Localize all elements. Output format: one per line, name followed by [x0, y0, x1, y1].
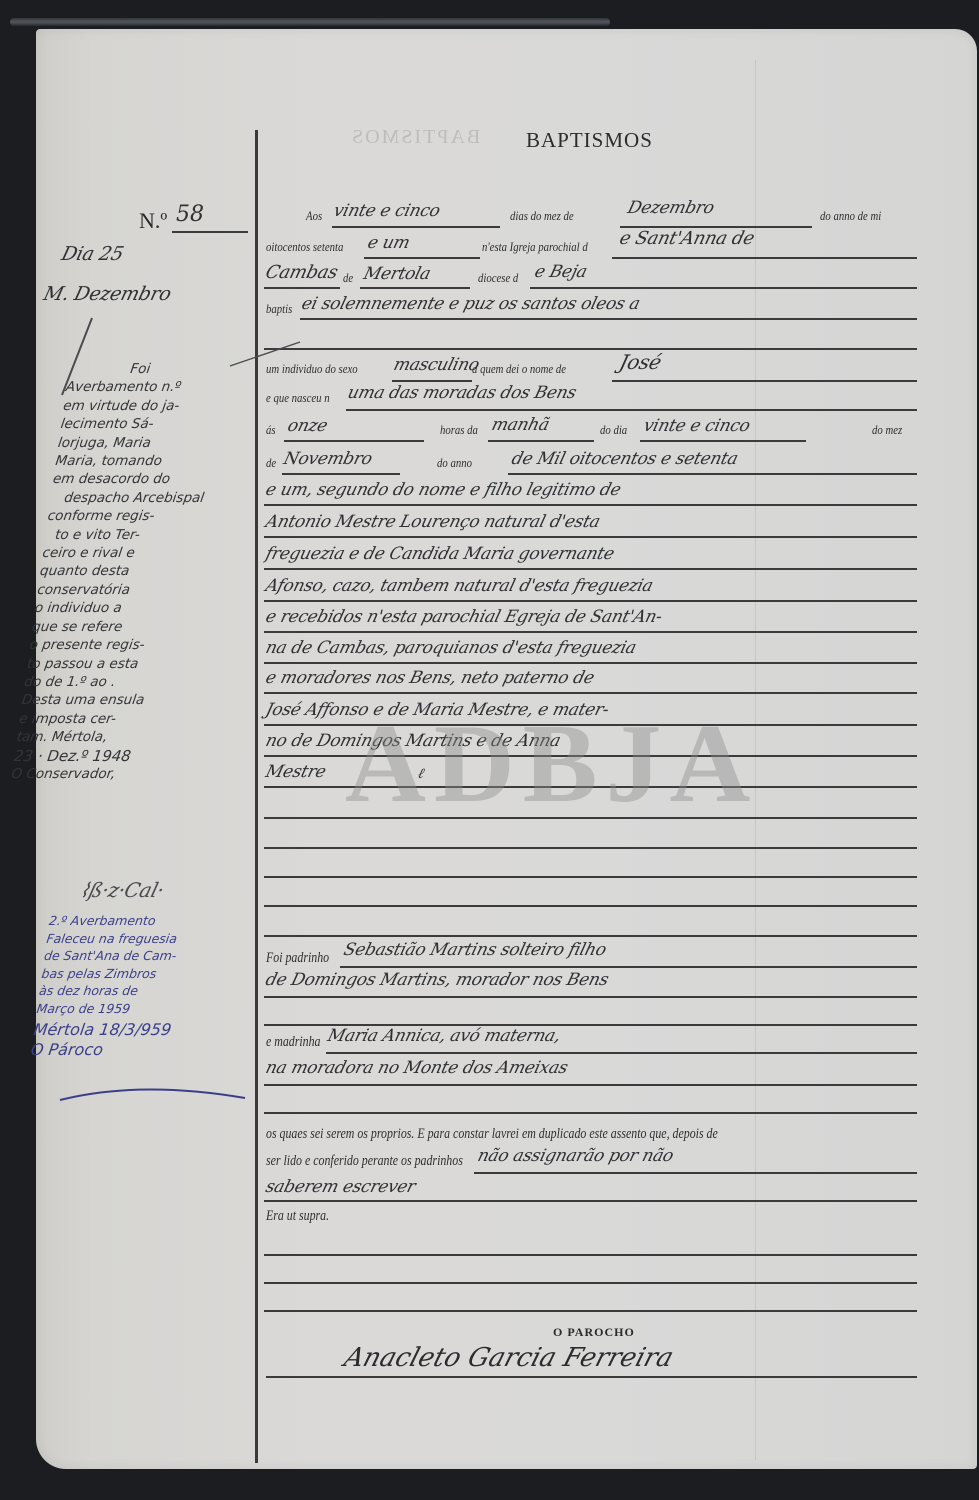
- hand-birth-hour: onze: [286, 416, 330, 436]
- blank-rule: [264, 876, 917, 878]
- print-dias-do-mez: dias do mez de: [510, 209, 574, 224]
- underline: [332, 226, 500, 228]
- underline: [264, 600, 917, 602]
- underline: [364, 257, 480, 259]
- print-do-anno: do anno de mi: [820, 209, 881, 224]
- underline: [264, 287, 340, 289]
- underline: [264, 1084, 917, 1086]
- blank-rule: [264, 935, 917, 937]
- hand-year-suffix: e um: [366, 233, 412, 253]
- hand-body-line: na de Cambas, paroquianos d'esta freguez…: [264, 638, 639, 658]
- underline: [300, 318, 917, 320]
- underline: [488, 440, 594, 442]
- blank-rule: [264, 905, 917, 907]
- hand-godfather-line1: Sebastião Martins solteiro filho: [342, 940, 609, 960]
- parish-priest-signature: Anacleto Garcia Ferreira: [341, 1343, 677, 1373]
- margin-divider-line: [255, 130, 258, 1463]
- print-igreja-parochial: n'esta Igreja parochial d: [482, 240, 588, 255]
- hand-body-line: Antonio Mestre Lourenço natural d'esta: [264, 512, 603, 532]
- hand-birth-year: de Mil oitocentos e setenta: [510, 449, 740, 469]
- print-nasceu: e que nasceu n: [266, 391, 330, 406]
- bleed-through-title: BAPTISMOS: [350, 126, 480, 149]
- hand-diocese: e Beja: [533, 262, 590, 282]
- hand-godfather-line2: de Domingos Martins, morador nos Bens: [264, 970, 611, 990]
- print-do-anno-birth: do anno: [437, 456, 472, 471]
- underline: [474, 1172, 917, 1174]
- blank-rule: [264, 1282, 917, 1284]
- hand-body-line: Afonso, cazo, tambem natural d'esta freg…: [264, 576, 656, 596]
- underline: [264, 504, 917, 506]
- underline: [360, 287, 470, 289]
- underline: [264, 536, 917, 538]
- margin-month-note: M. Dezembro: [41, 283, 173, 305]
- blank-rule: [264, 1310, 917, 1312]
- underline: [340, 966, 917, 968]
- margin-pencil-signature: ⌇ß·z·Cal·: [77, 878, 167, 902]
- hand-closing-line2: não assignarão por não: [476, 1146, 676, 1166]
- entry-number: 58: [176, 202, 204, 227]
- hand-godmother-line1: Maria Annica, avó materna,: [326, 1026, 563, 1046]
- underline: [282, 473, 400, 475]
- print-aos: Aos: [306, 209, 322, 224]
- print-closing-line2: ser lido e conferido perante os padrinho…: [266, 1153, 463, 1170]
- hand-parish-name: e Sant'Anna de: [617, 228, 756, 249]
- signature-rule: [266, 1376, 917, 1378]
- underline: [264, 692, 917, 694]
- print-individuo: um individuo do sexo: [266, 362, 358, 377]
- parish-priest-label: O PAROCHO: [553, 1325, 635, 1340]
- hand-birth-day: vinte e cinco: [642, 416, 753, 436]
- hand-godmother-line2: na moradora no Monte dos Ameixas: [264, 1058, 570, 1078]
- print-as: ás: [266, 423, 276, 438]
- hand-body-line: Mestre: [264, 762, 328, 782]
- hand-child-name: José: [617, 350, 664, 374]
- print-nome-de: a quem dei o nome de: [472, 362, 566, 377]
- print-do-mez: do mez: [872, 423, 902, 438]
- print-de: de: [343, 271, 353, 286]
- blank-rule: [264, 847, 917, 849]
- hand-sex: masculino: [392, 355, 482, 375]
- archive-watermark: ADBJA: [345, 700, 758, 829]
- underline: [392, 380, 472, 382]
- underline: [264, 568, 917, 570]
- print-do-dia: do dia: [600, 423, 627, 438]
- hand-body-line: e recebidos n'esta parochial Egreja de S…: [264, 607, 665, 627]
- underline: [612, 380, 917, 382]
- underline: [264, 631, 917, 633]
- underline: [326, 1052, 917, 1054]
- print-horas-da: horas da: [440, 423, 478, 438]
- print-de-month: de: [266, 456, 276, 471]
- underline: [264, 1200, 917, 1202]
- underline: [612, 257, 917, 259]
- underline: [284, 440, 424, 442]
- print-closing-line1: os quaes sei serem os proprios. E para c…: [266, 1126, 718, 1143]
- hand-concelho: Mertola: [362, 264, 433, 284]
- page-title: BAPTISMOS: [526, 128, 653, 153]
- hand-baptism-day: vinte e cinco: [332, 201, 443, 221]
- entry-number-underline: [172, 231, 248, 233]
- underline: [640, 440, 806, 442]
- hand-birth-period: manhã: [490, 415, 552, 435]
- hand-body-line: e um, segundo do nome e filho legitimo d…: [264, 480, 623, 500]
- hand-birth-place: uma das moradas dos Bens: [346, 383, 579, 403]
- underline: [530, 287, 917, 289]
- hand-closing-line3: saberem escrever: [264, 1177, 418, 1197]
- hand-baptism-month: Dezembro: [626, 198, 717, 218]
- print-madrinha-label: e madrinha: [266, 1034, 321, 1051]
- print-era-ut-supra: Era ut supra.: [266, 1208, 329, 1225]
- blank-rule: [264, 1112, 917, 1114]
- underline: [264, 996, 917, 998]
- hand-body-line: freguezia e de Candida Maria governante: [264, 544, 617, 564]
- blank-rule: [264, 1254, 917, 1256]
- hand-body-line: e moradores nos Bens, neto paterno de: [264, 668, 597, 688]
- hand-baptism-text: ei solemnemente e puz os santos oleos a: [300, 294, 642, 314]
- underline: [264, 662, 917, 664]
- margin-annotation-blue: 2.º Averbamento Faleceu na freguesia de …: [30, 912, 266, 1059]
- entry-number-label: N.º: [139, 208, 167, 234]
- hand-birth-month: Novembro: [282, 449, 375, 469]
- print-padrinho-label: Foi padrinho: [266, 950, 329, 967]
- margin-day-note: Dia 25: [59, 243, 126, 265]
- underline: [346, 409, 917, 411]
- blank-rule: [264, 348, 917, 350]
- underline: [508, 473, 917, 475]
- print-oitocentos: oitocentos setenta: [266, 240, 343, 255]
- page-edge-shadow: [10, 18, 610, 26]
- hand-place: Cambas: [263, 262, 340, 283]
- print-diocese: diocese d: [478, 271, 518, 286]
- print-baptis: baptis: [266, 302, 292, 317]
